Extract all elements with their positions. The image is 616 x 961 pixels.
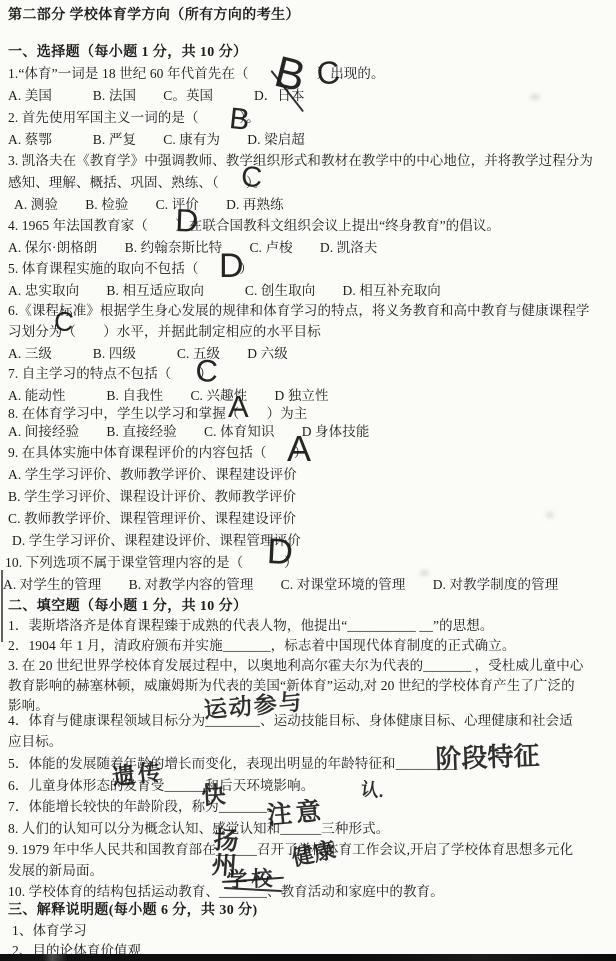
mc-q10-stem: 10. 下列选项不属于课堂管理内容的是（ ） xyxy=(5,555,298,571)
handwritten-answer-q10: D xyxy=(266,533,294,570)
explain-item-1: 1、体育学习 xyxy=(12,923,87,939)
mc-q1-options: A. 美国 B. 法国 C。英国 D．日本 xyxy=(8,88,305,104)
handwritten-answer-q9: A xyxy=(287,431,311,467)
mc-q9-option-a: A. 学生学习评价、教师教学评价、课程建设评价 xyxy=(8,467,297,483)
mc-q10-options: A. 对学生的管理 B. 对教学内容的管理 C. 对课堂环境的管理 D. 对教学… xyxy=(3,577,558,593)
handwritten-answer-q5: D xyxy=(219,249,244,283)
mc-q9-option-b: B. 学生学习评价、课程设计评价、教师教学评价 xyxy=(8,489,296,505)
scan-smudge xyxy=(530,94,540,100)
mc-q4-stem: 4. 1965 年法国教育家（ ）在联合国教科文组织会议上提出“终身教育”的倡议… xyxy=(8,218,500,234)
fill-q7: 7．体能增长较快的年龄阶段，称为_______。 xyxy=(8,799,280,815)
handwritten-answer-q4: D xyxy=(175,204,199,237)
handwritten-fill-q5: 阶段特征 xyxy=(435,742,540,772)
mc-q2-options: A. 蔡鄂 B. 严复 C. 康有为 D. 梁启超 xyxy=(8,132,305,148)
handwritten-answer-q3: C xyxy=(240,163,262,193)
handwritten-note-q8: 认. xyxy=(360,780,385,800)
handwritten-answer-q7: C xyxy=(195,355,218,387)
fill-q8: 8. 人们的认知可以分为概念认知、感觉认知和______三种形式。 xyxy=(8,821,389,837)
handwritten-answer-q8: A xyxy=(228,391,249,422)
handwritten-answer-q2: B xyxy=(228,104,251,136)
fill-q3-line3: 影响。 xyxy=(8,698,49,714)
mc-q5-stem: 5. 体育课程实施的取向不包括（ ） xyxy=(8,261,253,277)
fill-q1: 1．裴斯塔洛齐是体育课程臻于成熟的代表人物，他提出“__________ __”… xyxy=(8,618,494,634)
mc-q8-options: A. 间接经验 B. 直接经验 C. 体育知识 D 身体技能 xyxy=(8,424,369,440)
fill-q2: 2．1904 年 1 月，清政府颁布并实施_______，标志着中国现代体育制度… xyxy=(8,638,515,654)
section-1-title: 一、选择题（每小题 1 分，共 10 分） xyxy=(8,45,247,62)
mc-q3-stem-1: 3. 凯洛夫在《教育学》中强调教师、教学组织形式和教材在教学中的中心地位，并将教… xyxy=(8,153,593,169)
scan-fold-mark xyxy=(1,570,3,642)
handwritten-answer-q6: C xyxy=(53,308,74,336)
page-title: 第二部分 学校体育学方向（所有方向的考生） xyxy=(8,8,300,25)
mc-q2-stem: 2. 首先使用军国主义一词的是（ ）。 xyxy=(8,110,260,126)
scan-smudge xyxy=(546,512,554,518)
handwritten-answer-q1-c: C xyxy=(315,56,341,90)
scan-edge-bar xyxy=(0,954,616,961)
mc-q6-stem-1: 6.《课程标准》根据学生身心发展的规律和体育学习的特点，将义务教育和高中教育与健… xyxy=(8,303,590,319)
mc-q9-option-c: C. 教师教学评价、课程管理评价、课程建设评价 xyxy=(8,511,296,527)
scan-smudge xyxy=(420,570,429,576)
fill-q9-line2: 发展的新局面。 xyxy=(8,863,103,879)
mc-q9-stem: 9. 在具体实施中体育课程评价的内容包括（ ） xyxy=(8,445,307,461)
mc-q4-options: A. 保尔·朗格朗 B. 约翰奈斯比特 C. 卢梭 D. 凯洛夫 xyxy=(8,240,378,256)
mc-q9-option-d: D. 学生学习评价、课程建设评价、课程管理评价 xyxy=(12,533,301,549)
fill-q4-line2: 应目标。 xyxy=(8,734,62,750)
mc-q7-options: A. 能动性 B. 自我性 C. 兴趣性 D 独立性 xyxy=(8,388,329,404)
mc-q8-stem: 8. 在体育学习中，学生以学习和掌握（ ）为主 xyxy=(8,406,307,422)
mc-q6-options: A. 三级 B. 四级 C. 五级 D 六级 xyxy=(8,346,288,362)
mc-q5-options: A. 忠实取向 B. 相互适应取向 C. 创生取向 D. 相互补充取向 xyxy=(8,283,441,299)
handwritten-fill-q6: 遗传 xyxy=(111,761,165,789)
mc-q3-options: A. 测验 B. 检验 C. 评价 D. 再熟练 xyxy=(14,197,284,213)
fill-q3-line1: 3. 在 20 世纪世界学校体育发展过程中，以奥地利高尔霍夫尔为代表的_____… xyxy=(8,658,583,674)
handwritten-fill-q10-fix: 健康 xyxy=(290,839,338,870)
mc-q3-stem-2: 感知、理解、概括、巩固、熟练、（ ）。 xyxy=(8,175,267,191)
fill-q5: 5．体能的发展随着年龄的增长而变化，表现出明显的年龄特征和_________ xyxy=(8,756,457,772)
scanned-exam-page: 第二部分 学校体育学方向（所有方向的考生） 一、选择题（每小题 1 分，共 10… xyxy=(0,0,616,961)
mc-q7-stem: 7. 自主学习的特点不包括（ ） xyxy=(8,366,212,382)
handwritten-fill-q7: 快 xyxy=(201,784,226,809)
handwritten-fill-q8: 注意 xyxy=(266,799,326,829)
section-2-title: 二、填空题（每小题 1 分，共 10 分） xyxy=(8,599,247,616)
